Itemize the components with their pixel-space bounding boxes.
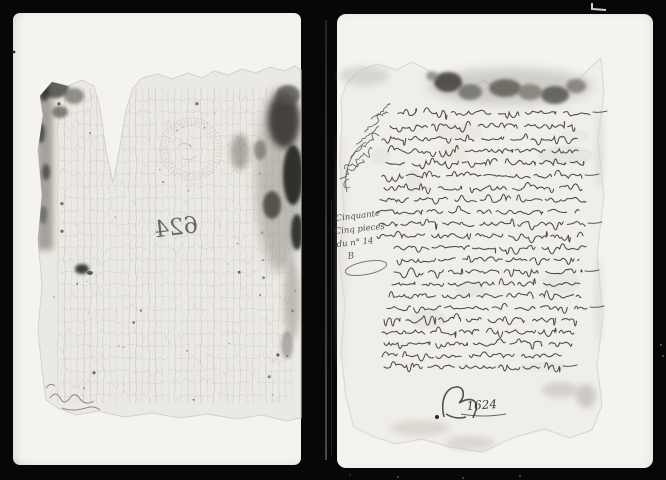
manuscript-scan: 624 Olaur (0, 0, 666, 480)
bleedthrough-number: 624 (153, 212, 200, 243)
ink-dot (435, 415, 439, 419)
corner-mark (592, 3, 606, 10)
date-1624: 1624 (466, 397, 497, 413)
header-inscription: Olaur (443, 81, 464, 90)
ink-layer: 624 Olaur (0, 0, 666, 480)
